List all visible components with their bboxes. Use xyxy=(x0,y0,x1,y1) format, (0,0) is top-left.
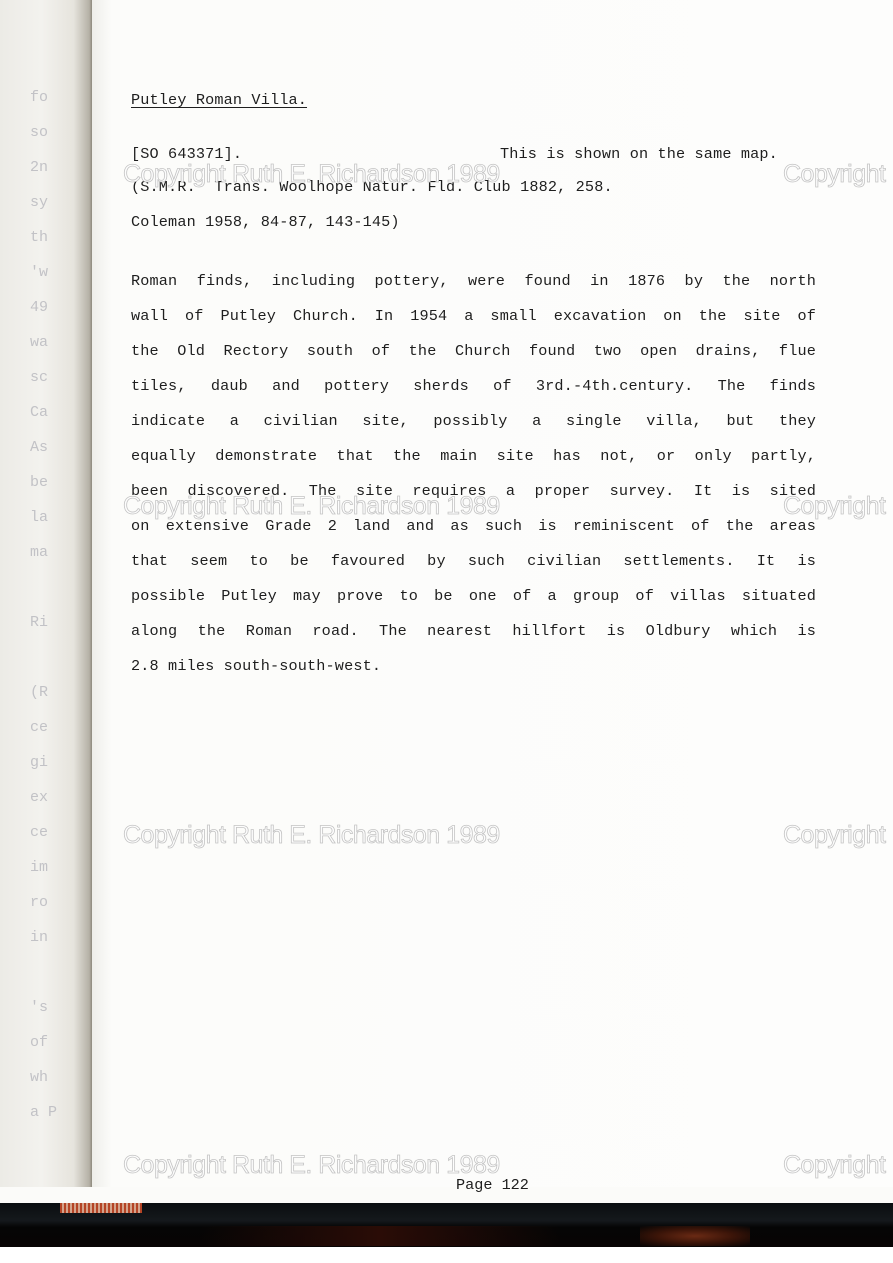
bleed-fragment: la xyxy=(28,500,92,535)
watermark: Copyright Ruth E. Richardson 1989 xyxy=(123,821,500,850)
bleed-fragment: 's xyxy=(28,990,92,1025)
body-line: along the Roman road. The nearest hillfo… xyxy=(131,614,816,649)
bleed-fragment: ce xyxy=(28,815,92,850)
watermark-cropped: Copyright xyxy=(783,821,886,850)
bleed-fragment: Ca xyxy=(28,395,92,430)
watermark: Copyright Ruth E. Richardson 1989 xyxy=(123,1151,500,1180)
bleed-fragment: a P xyxy=(28,1095,92,1130)
body-line: 2.8 miles south-south-west. xyxy=(131,649,816,684)
body-line: indicate a civilian site, possibly a sin… xyxy=(131,404,816,439)
citation-line: Coleman 1958, 84-87, 143-145) xyxy=(131,213,400,231)
bleed-fragment: ma xyxy=(28,535,92,570)
bleed-fragment: wh xyxy=(28,1060,92,1095)
bleed-fragment xyxy=(28,640,92,675)
map-note: This is shown on the same map. xyxy=(500,145,778,163)
bleed-fragment: ro xyxy=(28,885,92,920)
bleed-fragment xyxy=(28,570,92,605)
bleed-fragment: sc xyxy=(28,360,92,395)
bleed-fragment: 2n xyxy=(28,150,92,185)
body-paragraph: Roman finds, including pottery, were fou… xyxy=(131,264,816,684)
page-number: Page 122 xyxy=(456,1176,529,1194)
bleed-fragment: in xyxy=(28,920,92,955)
watermark-cropped: Copyright xyxy=(783,492,886,521)
bleed-fragment: fo xyxy=(28,80,92,115)
watermark-cropped: Copyright xyxy=(783,1151,886,1180)
bleed-fragment: ex xyxy=(28,780,92,815)
watermark: Copyright Ruth E. Richardson 1989 xyxy=(123,492,500,521)
body-line: Roman finds, including pottery, were fou… xyxy=(131,264,816,299)
scanner-bed-reflection xyxy=(640,1226,750,1246)
bleed-fragment: (R xyxy=(28,675,92,710)
bleed-fragment: sy xyxy=(28,185,92,220)
scanner-bed-reflection xyxy=(200,1226,560,1246)
bleed-fragment: im xyxy=(28,850,92,885)
bleed-fragment: 'w xyxy=(28,255,92,290)
bleed-fragment: be xyxy=(28,465,92,500)
bleed-fragment: so xyxy=(28,115,92,150)
bleed-fragment: wa xyxy=(28,325,92,360)
bleed-fragment: 49 xyxy=(28,290,92,325)
bleed-fragment: Ri xyxy=(28,605,92,640)
adjacent-page-edge: foso2nsyth'w49wascCaAsbelama Ri (Rcegiex… xyxy=(0,0,92,1187)
watermark: Copyright Ruth E. Richardson 1989 xyxy=(123,160,500,189)
body-line: wall of Putley Church. In 1954 a small e… xyxy=(131,299,816,334)
adjacent-page-bleed-text: foso2nsyth'w49wascCaAsbelama Ri (Rcegiex… xyxy=(0,80,92,1130)
body-line: that seem to be favoured by such civilia… xyxy=(131,544,816,579)
body-line: equally demonstrate that the main site h… xyxy=(131,439,816,474)
watermark-cropped: Copyright xyxy=(783,160,886,189)
bleed-fragment: ce xyxy=(28,710,92,745)
body-line: tiles, daub and pottery sherds of 3rd.-4… xyxy=(131,369,816,404)
body-line: the Old Rectory south of the Church foun… xyxy=(131,334,816,369)
book-spine-binding xyxy=(60,1203,142,1213)
bleed-fragment xyxy=(28,955,92,990)
body-line: possible Putley may prove to be one of a… xyxy=(131,579,816,614)
bleed-fragment: As xyxy=(28,430,92,465)
section-heading: Putley Roman Villa. xyxy=(131,91,307,109)
bleed-fragment: gi xyxy=(28,745,92,780)
bleed-fragment: th xyxy=(28,220,92,255)
bleed-fragment: of xyxy=(28,1025,92,1060)
